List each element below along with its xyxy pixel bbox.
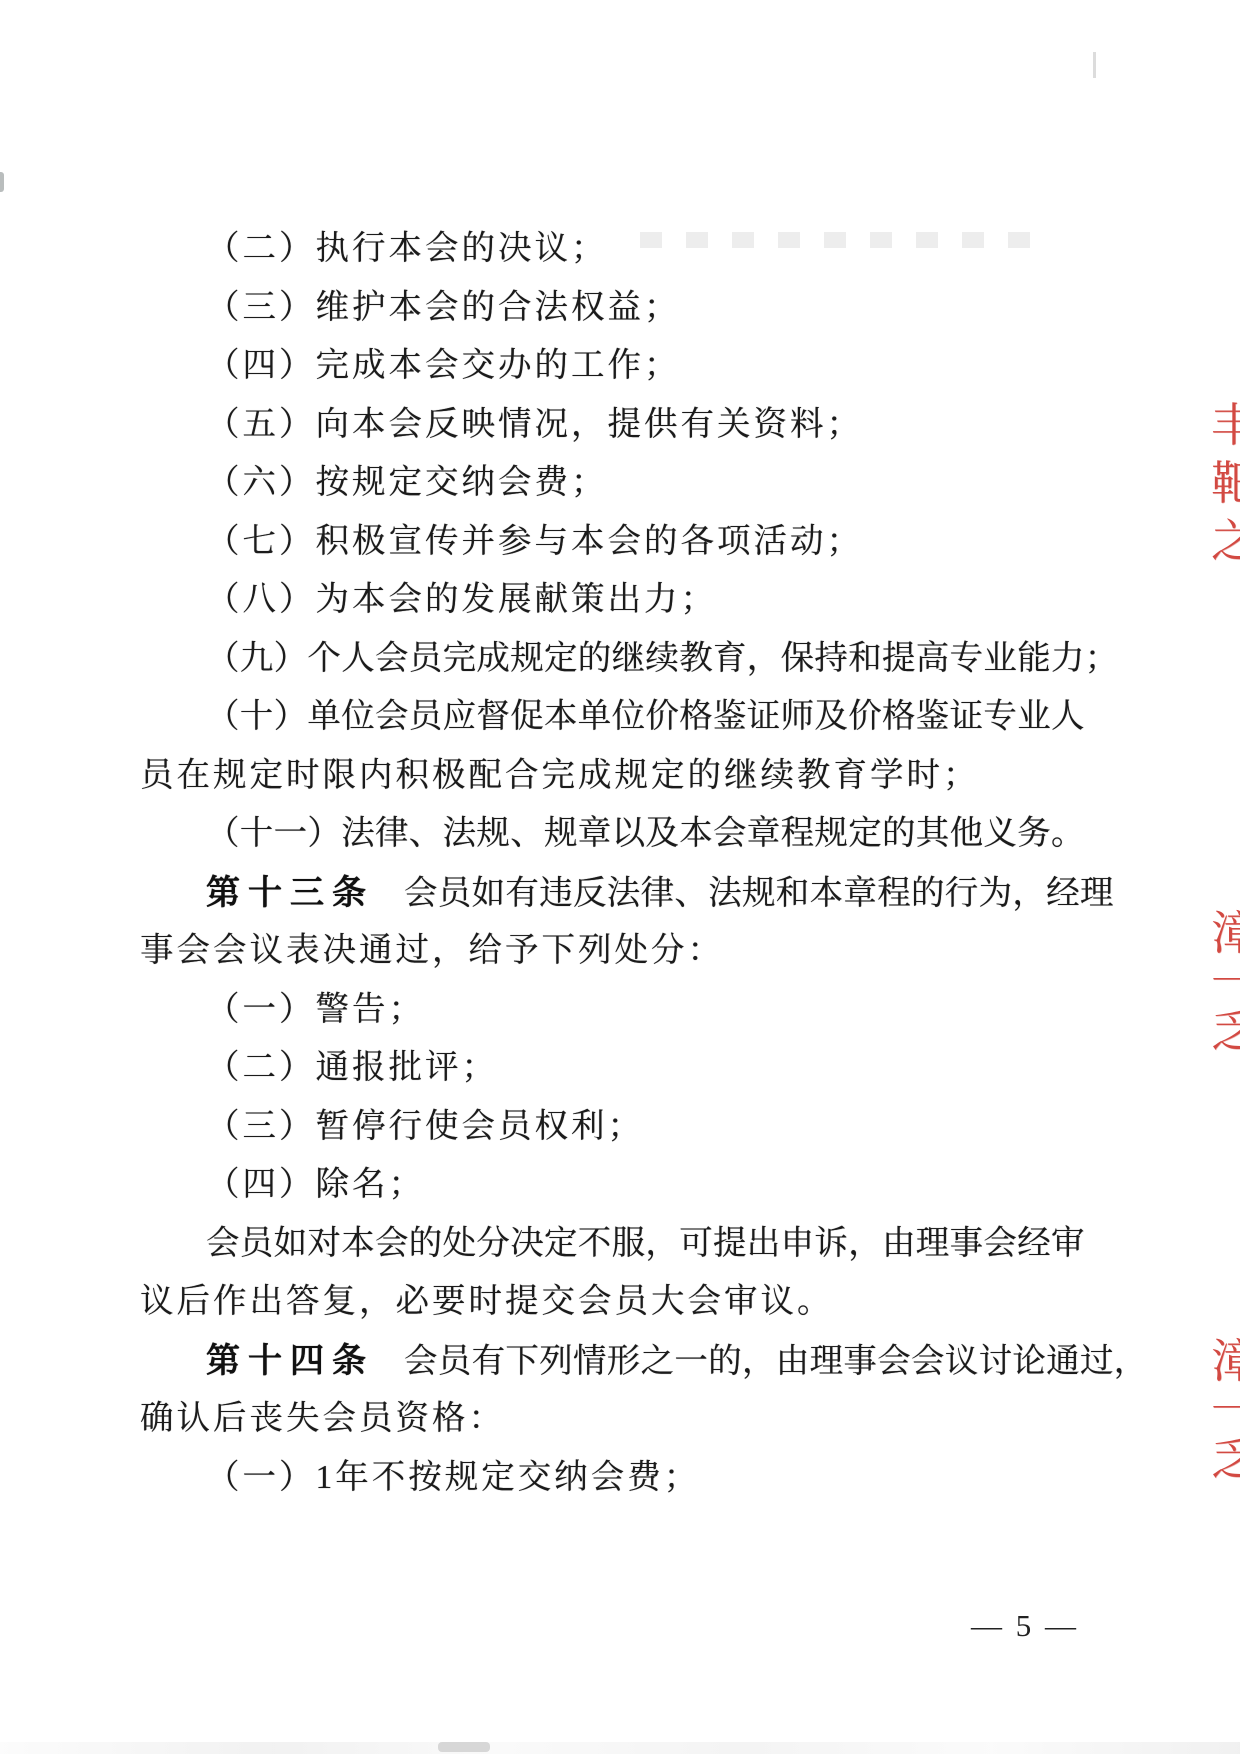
article-number-label: 第十四条	[206, 1332, 374, 1391]
article-number-label: 第十三条	[206, 864, 374, 923]
body-text-line: （七）积极宣传并参与本会的各项活动；	[140, 513, 1100, 572]
page-number: — 5 —	[950, 1608, 1100, 1644]
red-stamp-glyph: 靶	[1211, 456, 1240, 514]
red-stamp-glyph: 之	[1211, 514, 1240, 572]
body-text-line: 议后作出答复，必要时提交会员大会审议。	[140, 1273, 1100, 1332]
red-stamp-glyph: 一	[1211, 1392, 1240, 1432]
red-stamp-fragment: 漳一乏	[1211, 906, 1240, 1092]
article-heading-line: 第十三条会员如有违反法律、法规和本章程的行为，经理	[140, 864, 1100, 923]
scan-bottom-shading	[0, 1742, 1240, 1754]
red-stamp-glyph: 乏	[1211, 1004, 1240, 1062]
body-text-line: 事会会议表决通过，给予下列处分：	[140, 922, 1100, 981]
body-text-line: （一）1年不按规定交纳会费；	[140, 1449, 1100, 1508]
red-stamp-fragment: 漳一乏	[1211, 1334, 1240, 1508]
body-text-line: 确认后丧失会员资格：	[140, 1390, 1100, 1449]
red-stamp-glyph: 漳	[1211, 1334, 1240, 1392]
body-text-line: （九）个人会员完成规定的继续教育，保持和提高专业能力；	[140, 630, 1100, 689]
body-text-line: （四）除名；	[140, 1156, 1100, 1215]
body-text-line: （十）单位会员应督促本单位价格鉴证师及价格鉴证专业人	[140, 688, 1100, 747]
red-stamp-glyph: 乏	[1211, 1432, 1240, 1490]
body-text-line: （二）执行本会的决议；	[140, 220, 1100, 279]
scan-edge-artifact	[0, 172, 4, 192]
body-text-line: （三）维护本会的合法权益；	[140, 279, 1100, 338]
body-text-line: 会员如对本会的处分决定不服，可提出申诉，由理事会经审	[140, 1215, 1100, 1274]
body-text-line: （一）警告；	[140, 981, 1100, 1040]
body-text-line: （四）完成本会交办的工作；	[140, 337, 1100, 396]
body-text-line: 员在规定时限内积极配合完成规定的继续教育学时；	[140, 747, 1100, 806]
red-stamp-fragment: 丰靶之	[1211, 398, 1240, 590]
body-text-line: （八）为本会的发展献策出力；	[140, 571, 1100, 630]
article-heading-line: 第十四条会员有下列情形之一的，由理事会会议讨论通过，	[140, 1332, 1100, 1391]
document-page: （二）执行本会的决议；（三）维护本会的合法权益；（四）完成本会交办的工作；（五）…	[0, 0, 1240, 1754]
body-text-line: （五）向本会反映情况，提供有关资料；	[140, 396, 1100, 455]
scan-bottom-smudge	[438, 1742, 490, 1752]
red-stamp-glyph: 丰	[1211, 398, 1240, 456]
scan-corner-artifact	[1093, 52, 1096, 78]
red-stamp-glyph: 一	[1211, 964, 1240, 1004]
body-text-line: （六）按规定交纳会费；	[140, 454, 1100, 513]
body-text-line: （二）通报批评；	[140, 1039, 1100, 1098]
body-text-line: （三）暂停行使会员权利；	[140, 1098, 1100, 1157]
body-text-line: （十一）法律、法规、规章以及本会章程规定的其他义务。	[140, 805, 1100, 864]
red-stamp-glyph: 漳	[1211, 906, 1240, 964]
document-body: （二）执行本会的决议；（三）维护本会的合法权益；（四）完成本会交办的工作；（五）…	[140, 220, 1100, 1507]
